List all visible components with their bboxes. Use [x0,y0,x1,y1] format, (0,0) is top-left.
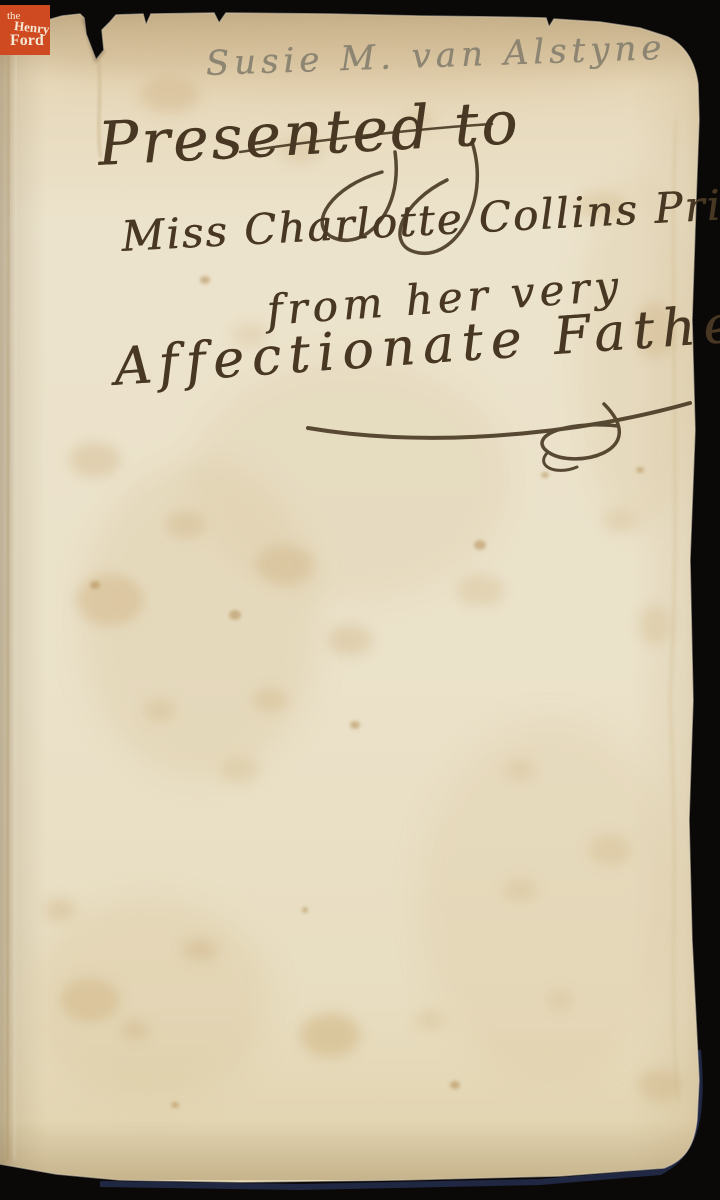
book-page-photo [0,0,720,1200]
photo-backdrop: Susie M. van Alstyne Presented to Miss C… [0,0,720,1200]
henry-ford-logo: the Henry Ford [0,5,50,55]
logo-word-ford: Ford [10,32,44,50]
